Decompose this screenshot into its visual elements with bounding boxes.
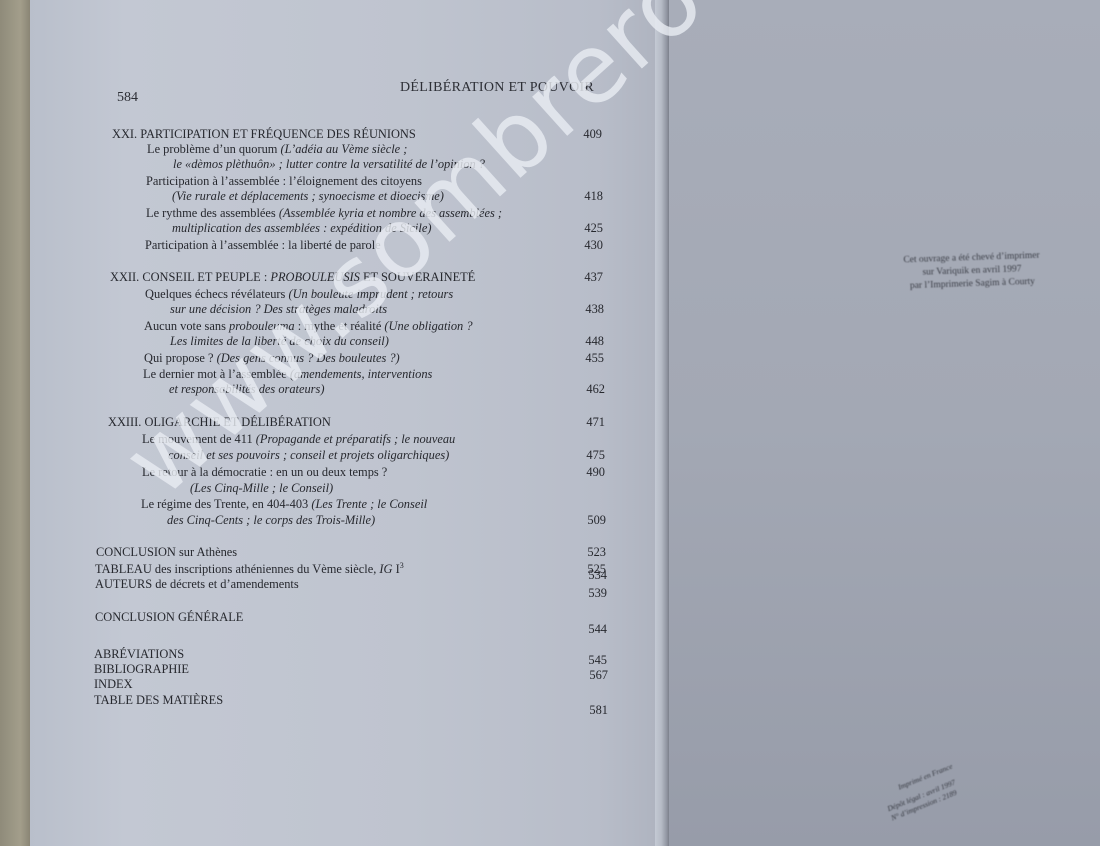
toc-entry-title: INDEX xyxy=(94,677,133,691)
toc-page-number: 471 xyxy=(586,415,605,429)
toc-page-number: 455 xyxy=(585,351,604,365)
toc-entry-title: (Vie rurale et déplacements ; synoecisme… xyxy=(172,189,444,203)
toc-page-number: 523 xyxy=(587,545,606,559)
toc-entry-title: TABLEAU des inscriptions athéniennes du … xyxy=(95,562,404,576)
toc-page-number: 534 xyxy=(588,568,607,582)
toc-entry-title: Le retour à la démocratie : en un ou deu… xyxy=(142,465,387,479)
toc-entry-title: Le régime des Trente, en 404-403 (Les Tr… xyxy=(141,497,427,511)
toc-page-number: 425 xyxy=(584,221,603,235)
toc-page-number: 581 xyxy=(589,703,608,717)
toc-page-number: 418 xyxy=(584,189,603,203)
toc-page-number: 490 xyxy=(586,465,605,479)
toc-entry-title: multiplication des assemblées : expéditi… xyxy=(172,221,431,235)
toc-page-number: 509 xyxy=(587,513,606,527)
toc-page-number: 409 xyxy=(583,127,602,141)
toc-entry-title: XXII. CONSEIL ET PEUPLE : PROBOULEUSIS E… xyxy=(110,270,475,284)
toc-entry-title: Les limites de la liberté de choix du co… xyxy=(170,334,389,348)
toc-entry-title: Le problème d’un quorum (L’adéia au Vème… xyxy=(147,142,407,156)
toc-entry-title: XXIII. OLIGARCHIE ET DÉLIBÉRATION xyxy=(108,415,331,429)
table-of-contents: XXI. PARTICIPATION ET FRÉQUENCE DES RÉUN… xyxy=(30,0,632,846)
toc-entry-title: Qui propose ? (Des gens connus ? Des bou… xyxy=(144,351,400,365)
toc-entry-title: Participation à l’assemblée : l’éloignem… xyxy=(146,174,422,188)
toc-page-number: 475 xyxy=(586,448,605,462)
toc-entry-title: AUTEURS de décrets et d’amendements xyxy=(95,577,299,591)
toc-page-number: 567 xyxy=(589,668,608,682)
right-page xyxy=(669,0,1100,846)
toc-entry-title: Le rythme des assemblées (Assemblée kyri… xyxy=(146,206,502,220)
toc-entry-title: et responsabilités des orateurs) xyxy=(169,382,324,396)
toc-entry-title: Quelques échecs révélateurs (Un bouleute… xyxy=(145,287,453,301)
toc-page-number: 448 xyxy=(585,334,604,348)
toc-page-number: 544 xyxy=(588,622,607,636)
toc-page-number: 438 xyxy=(585,302,604,316)
toc-entry-title: CONCLUSION sur Athènes xyxy=(96,545,237,559)
book-gutter xyxy=(655,0,669,846)
toc-entry-title: Le mouvement de 411 (Propagande et prépa… xyxy=(142,432,455,446)
left-page: 584 DÉLIBÉRATION ET POUVOIR XXI. PARTICI… xyxy=(30,0,662,846)
toc-entry-title: Aucun vote sans probouleuma : mythe et r… xyxy=(144,319,473,333)
toc-page-number: 539 xyxy=(588,586,607,600)
toc-page-number: 430 xyxy=(584,238,603,252)
colophon: Cet ouvrage a été chevé d’imprimersur Va… xyxy=(871,249,1072,295)
toc-page-number: 545 xyxy=(588,653,607,667)
toc-entry-title: Le dernier mot à l’assemblée (amendement… xyxy=(143,367,432,381)
toc-entry-title: BIBLIOGRAPHIE xyxy=(94,662,189,676)
toc-entry-title: XXI. PARTICIPATION ET FRÉQUENCE DES RÉUN… xyxy=(112,127,416,141)
toc-page-number: 462 xyxy=(586,382,605,396)
table-surface xyxy=(0,0,34,846)
toc-entry-title: des Cinq-Cents ; le corps des Trois-Mill… xyxy=(167,513,375,527)
toc-entry-title: conseil et ses pouvoirs ; conseil et pro… xyxy=(168,448,449,462)
toc-entry-title: CONCLUSION GÉNÉRALE xyxy=(95,610,243,624)
toc-entry-title: (Les Cinq-Mille ; le Conseil) xyxy=(190,481,333,495)
toc-page-number: 437 xyxy=(584,270,603,284)
toc-entry-title: ABRÉVIATIONS xyxy=(94,647,184,661)
toc-entry-title: le «dèmos plèthuôn» ; lutter contre la v… xyxy=(173,157,485,171)
toc-entry-title: TABLE DES MATIÈRES xyxy=(94,693,223,707)
toc-entry-title: Participation à l’assemblée : la liberté… xyxy=(145,238,381,252)
toc-entry-title: sur une décision ? Des stratèges maladro… xyxy=(170,302,387,316)
